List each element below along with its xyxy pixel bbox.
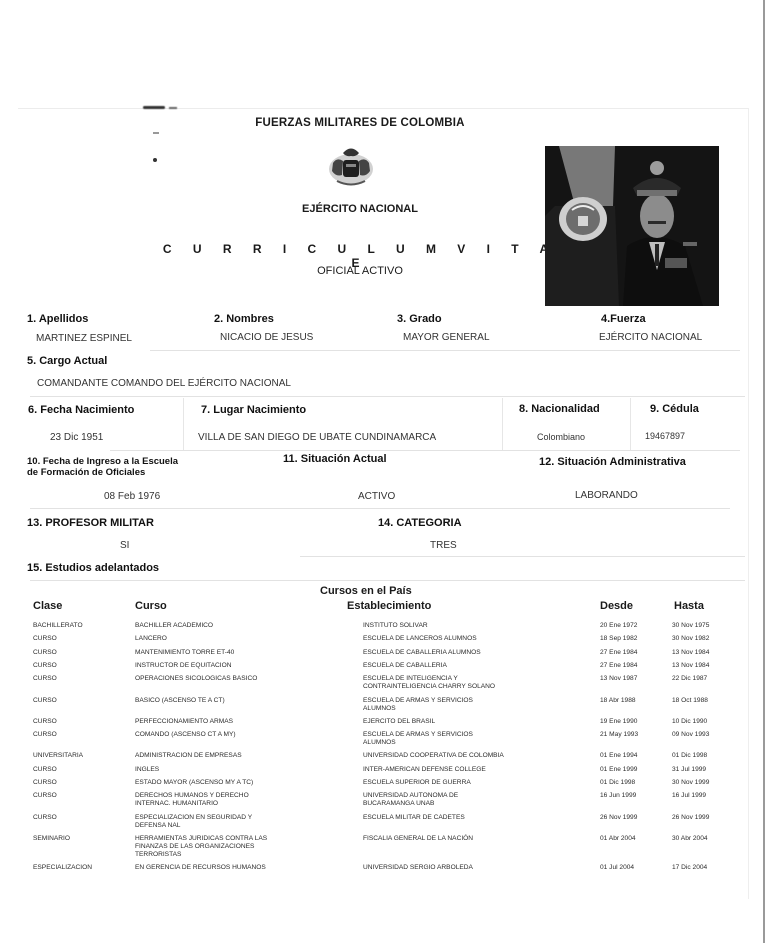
cell-curso: COMANDO (ASCENSO CT A MY) bbox=[135, 731, 350, 739]
cell-curso: OPERACIONES SICOLOGICAS BASICO bbox=[135, 675, 350, 683]
institution-heading: FUERZAS MILITARES DE COLOMBIA bbox=[150, 117, 570, 129]
cell-desde: 01 Ene 1999 bbox=[600, 766, 660, 774]
cell-hasta: 22 Dic 1987 bbox=[672, 675, 732, 683]
cell-desde: 01 Ene 1994 bbox=[600, 752, 660, 760]
situacion-actual-label: 11. Situación Actual bbox=[283, 453, 387, 465]
cell-hasta: 26 Nov 1999 bbox=[672, 814, 732, 822]
unit-heading: EJÉRCITO NACIONAL bbox=[150, 203, 570, 215]
cell-hasta: 31 Jul 1999 bbox=[672, 766, 732, 774]
situacion-actual-value: ACTIVO bbox=[358, 491, 395, 502]
courses-table-title: Cursos en el País bbox=[320, 585, 412, 597]
cell-desde: 26 Nov 1999 bbox=[600, 814, 660, 822]
column-header-clase: Clase bbox=[33, 600, 62, 612]
cell-curso: DERECHOS HUMANOS Y DERECHO INTERNAC. HUM… bbox=[135, 792, 350, 808]
cell-establecimiento: FISCALIA GENERAL DE LA NACIÓN bbox=[363, 835, 593, 843]
cell-establecimiento: ESCUELA DE CABALLERIA ALUMNOS bbox=[363, 649, 593, 657]
categoria-value: TRES bbox=[430, 540, 457, 551]
document-subtitle: OFICIAL ACTIVO bbox=[150, 265, 570, 277]
cell-desde: 18 Sep 1982 bbox=[600, 635, 660, 643]
apellidos-value: MARTINEZ ESPINEL bbox=[36, 333, 132, 344]
fecha-ingreso-label-line1: 10. Fecha de Ingreso a la Escuela bbox=[27, 456, 178, 467]
cell-hasta: 18 Oct 1988 bbox=[672, 697, 732, 705]
fuerza-value: EJÉRCITO NACIONAL bbox=[599, 332, 702, 343]
situacion-admin-label: 12. Situación Administrativa bbox=[539, 456, 686, 468]
grado-label: 3. Grado bbox=[397, 313, 442, 325]
cell-desde: 27 Ene 1984 bbox=[600, 662, 660, 670]
cell-curso: MANTENIMIENTO TORRE ET-40 bbox=[135, 649, 350, 657]
nombres-value: NICACIO DE JESUS bbox=[220, 332, 313, 343]
fecha-ingreso-value: 08 Feb 1976 bbox=[104, 491, 160, 502]
cell-hasta: 30 Nov 1999 bbox=[672, 779, 732, 787]
cell-hasta: 10 Dic 1990 bbox=[672, 718, 732, 726]
cell-establecimiento: ESCUELA MILITAR DE CADETES bbox=[363, 814, 593, 822]
cell-clase: CURSO bbox=[33, 779, 131, 787]
cell-clase: ESPECIALIZACION bbox=[33, 864, 131, 872]
cell-clase: CURSO bbox=[33, 718, 131, 726]
cell-hasta: 30 Nov 1975 bbox=[672, 622, 732, 630]
cell-clase: CURSO bbox=[33, 792, 131, 800]
cell-hasta: 30 Abr 2004 bbox=[672, 835, 732, 843]
cell-establecimiento: UNIVERSIDAD SERGIO ARBOLEDA bbox=[363, 864, 593, 872]
cell-curso: PERFECCIONAMIENTO ARMAS bbox=[135, 718, 350, 726]
cell-hasta: 13 Nov 1984 bbox=[672, 649, 732, 657]
cell-desde: 27 Ene 1984 bbox=[600, 649, 660, 657]
cargo-value: COMANDANTE COMANDO DEL EJÉRCITO NACIONAL bbox=[37, 378, 291, 389]
profesor-militar-value: SI bbox=[120, 540, 129, 551]
cell-curso: BASICO (ASCENSO TE A CT) bbox=[135, 697, 350, 705]
cell-hasta: 09 Nov 1993 bbox=[672, 731, 732, 739]
fecha-nacimiento-value: 23 Dic 1951 bbox=[50, 432, 103, 443]
cell-establecimiento: ESCUELA DE CABALLERIA bbox=[363, 662, 593, 670]
cell-clase: CURSO bbox=[33, 766, 131, 774]
situacion-admin-value: LABORANDO bbox=[575, 490, 638, 501]
cell-clase: CURSO bbox=[33, 675, 131, 683]
estudios-label: 15. Estudios adelantados bbox=[27, 562, 159, 574]
cell-clase: UNIVERSITARIA bbox=[33, 752, 131, 760]
cell-clase: SEMINARIO bbox=[33, 835, 131, 843]
divider bbox=[30, 508, 730, 509]
divider bbox=[183, 398, 184, 450]
cell-curso: HERRAMIENTAS JURIDICAS CONTRA LAS FINANZ… bbox=[135, 835, 350, 859]
cell-establecimiento: EJERCITO DEL BRASIL bbox=[363, 718, 593, 726]
apellidos-label: 1. Apellidos bbox=[27, 313, 88, 325]
cell-establecimiento: ESCUELA SUPERIOR DE GUERRA bbox=[363, 779, 593, 787]
cell-hasta: 13 Nov 1984 bbox=[672, 662, 732, 670]
fecha-ingreso-label-line2: de Formación de Oficiales bbox=[27, 467, 145, 478]
cedula-value: 19467897 bbox=[645, 431, 685, 441]
lugar-nacimiento-value: VILLA DE SAN DIEGO DE UBATÉ CUNDINAMARCA bbox=[198, 432, 500, 443]
cell-curso: ESTADO MAYOR (ASCENSO MY A TC) bbox=[135, 779, 350, 787]
cell-hasta: 17 Dic 2004 bbox=[672, 864, 732, 872]
cell-hasta: 16 Jul 1999 bbox=[672, 792, 732, 800]
cell-establecimiento: UNIVERSIDAD COOPERATIVA DE COLOMBIA bbox=[363, 752, 593, 760]
cell-establecimiento: INTER-AMERICAN DEFENSE COLLEGE bbox=[363, 766, 593, 774]
page-edge-rule bbox=[763, 0, 765, 943]
cell-desde: 21 May 1993 bbox=[600, 731, 660, 739]
lugar-nacimiento-label: 7. Lugar Nacimiento bbox=[201, 404, 306, 416]
cell-desde: 20 Ene 1972 bbox=[600, 622, 660, 630]
portrait-image bbox=[545, 146, 719, 306]
divider bbox=[150, 350, 740, 351]
cell-establecimiento: ESCUELA DE ARMAS Y SERVICIOS ALUMNOS bbox=[363, 731, 593, 747]
cedula-label: 9. Cédula bbox=[650, 403, 699, 415]
cell-establecimiento: UNIVERSIDAD AUTONOMA DE BUCARAMANGA UNAB bbox=[363, 792, 593, 808]
cell-clase: CURSO bbox=[33, 814, 131, 822]
cell-clase: BACHILLERATO bbox=[33, 622, 131, 630]
divider bbox=[300, 556, 745, 557]
fecha-nacimiento-label: 6. Fecha Nacimiento bbox=[28, 404, 134, 416]
grado-value: MAYOR GENERAL bbox=[403, 332, 490, 343]
categoria-label: 14. CATEGORIA bbox=[378, 517, 462, 529]
officer-photo bbox=[545, 146, 719, 306]
cell-establecimiento: ESCUELA DE INTELIGENCIA Y CONTRAINTELIGE… bbox=[363, 675, 593, 691]
coat-of-arms-icon bbox=[325, 143, 377, 187]
cell-curso: EN GERENCIA DE RECURSOS HUMANOS bbox=[135, 864, 350, 872]
column-header-establecimiento: Establecimiento bbox=[347, 600, 431, 612]
cell-clase: CURSO bbox=[33, 635, 131, 643]
cell-desde: 18 Abr 1988 bbox=[600, 697, 660, 705]
profesor-militar-label: 13. PROFESOR MILITAR bbox=[27, 517, 154, 529]
cell-desde: 01 Jul 2004 bbox=[600, 864, 660, 872]
cell-desde: 13 Nov 1987 bbox=[600, 675, 660, 683]
column-header-hasta: Hasta bbox=[674, 600, 704, 612]
fuerza-label: 4.Fuerza bbox=[601, 313, 646, 325]
divider bbox=[30, 396, 745, 397]
cell-establecimiento: INSTITUTO SOLIVAR bbox=[363, 622, 593, 630]
divider bbox=[630, 398, 631, 450]
divider bbox=[110, 450, 740, 451]
cargo-label: 5. Cargo Actual bbox=[27, 355, 107, 367]
cell-desde: 01 Abr 2004 bbox=[600, 835, 660, 843]
cell-desde: 19 Ene 1990 bbox=[600, 718, 660, 726]
cell-curso: INGLES bbox=[135, 766, 350, 774]
cell-desde: 01 Dic 1998 bbox=[600, 779, 660, 787]
nacionalidad-value: Colombiano bbox=[537, 432, 585, 442]
cell-hasta: 01 Dic 1998 bbox=[672, 752, 732, 760]
cell-desde: 16 Jun 1999 bbox=[600, 792, 660, 800]
cell-curso: ADMINISTRACION DE EMPRESAS bbox=[135, 752, 350, 760]
divider bbox=[502, 398, 503, 450]
cell-clase: CURSO bbox=[33, 731, 131, 739]
cell-clase: CURSO bbox=[33, 649, 131, 657]
nombres-label: 2. Nombres bbox=[214, 313, 274, 325]
nacionalidad-label: 8. Nacionalidad bbox=[519, 403, 600, 415]
cell-establecimiento: ESCUELA DE ARMAS Y SERVICIOS ALUMNOS bbox=[363, 697, 593, 713]
cell-clase: CURSO bbox=[33, 697, 131, 705]
divider bbox=[30, 580, 745, 581]
column-header-curso: Curso bbox=[135, 600, 167, 612]
column-header-desde: Desde bbox=[600, 600, 633, 612]
cell-curso: INSTRUCTOR DE EQUITACION bbox=[135, 662, 350, 670]
cell-establecimiento: ESCUELA DE LANCEROS ALUMNOS bbox=[363, 635, 593, 643]
cell-curso: ESPECIALIZACION EN SEGURIDAD Y DEFENSA N… bbox=[135, 814, 350, 830]
cell-hasta: 30 Nov 1982 bbox=[672, 635, 732, 643]
cell-clase: CURSO bbox=[33, 662, 131, 670]
cell-curso: LANCERO bbox=[135, 635, 350, 643]
cell-curso: BACHILLER ACADEMICO bbox=[135, 622, 350, 630]
